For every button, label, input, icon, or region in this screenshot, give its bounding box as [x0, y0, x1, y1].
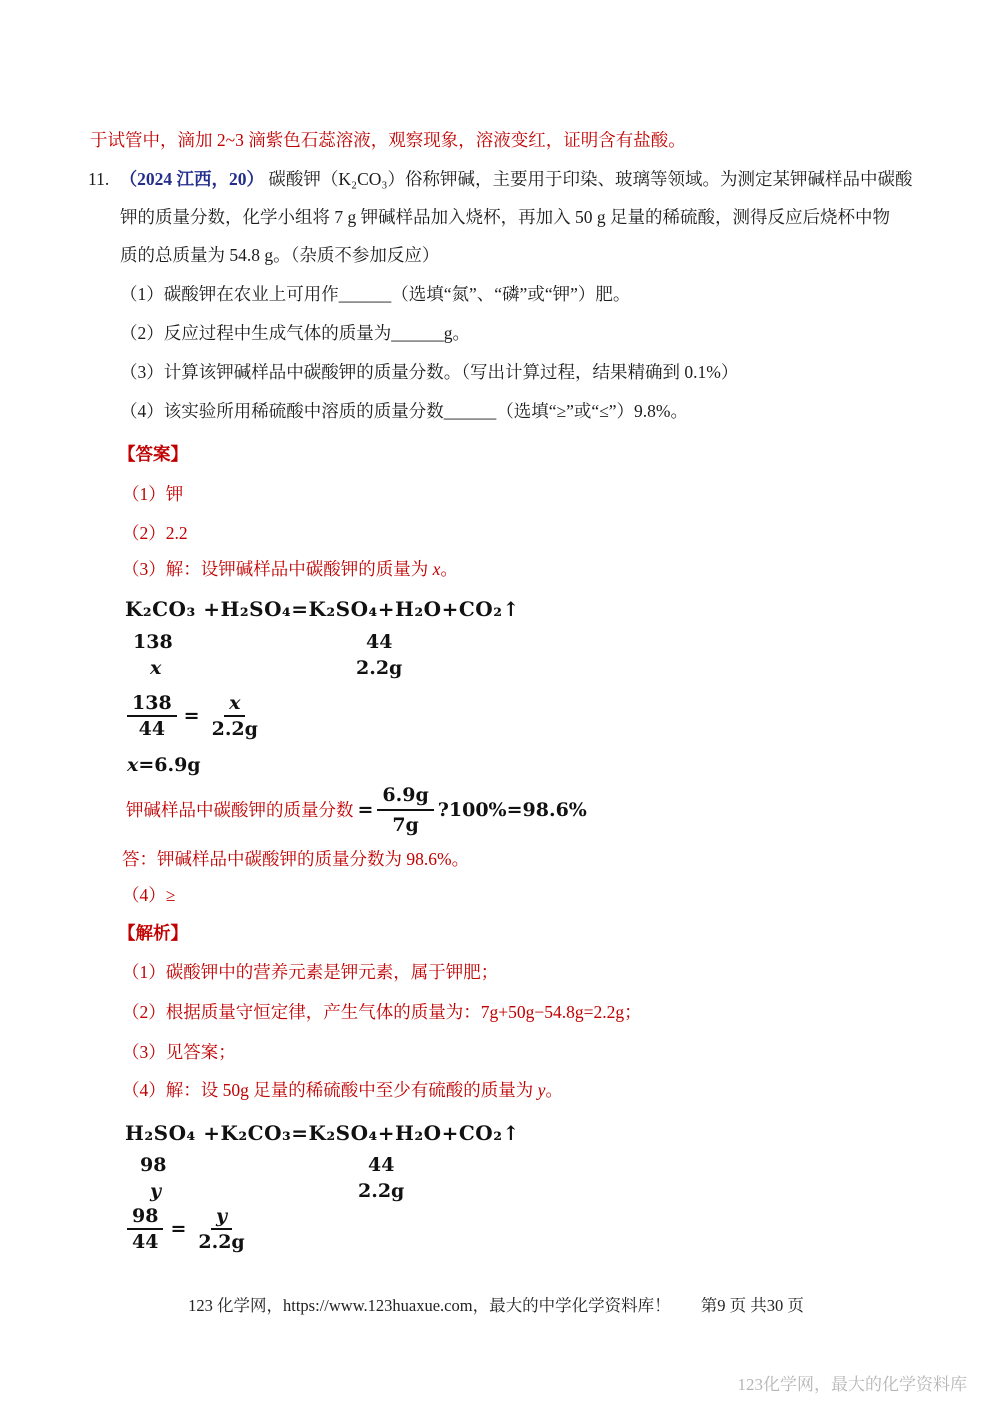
solution-variable: x — [127, 754, 138, 776]
fraction-denominator: 44 — [134, 717, 170, 740]
sub-question-2: （2）反应过程中生成气体的质量为______g。 — [120, 320, 470, 346]
answer-item-3-text: （3）解：设钾碱样品中碳酸钾的质量为 — [122, 559, 433, 579]
footer-site-info: 123 化学网，https://www.123huaxue.com，最大的中学化… — [188, 1296, 670, 1315]
answer-item-4: （4）≥ — [122, 882, 175, 908]
equation-2-product-molar: 44 — [368, 1152, 394, 1178]
answer-item-2: （2）2.2 — [122, 520, 188, 546]
analysis-item-3: （3）见答案； — [122, 1039, 236, 1065]
analysis-item-4-period: 。 — [545, 1080, 563, 1100]
equation-2-reactant-molar: 98 — [140, 1152, 166, 1178]
mass-fraction-line: 钾碱样品中碳酸钾的质量分数 = 6.9g 7g ?100%=98.6% — [126, 782, 587, 838]
mass-fraction-result: ?100%=98.6% — [438, 797, 587, 823]
fraction-denominator: 44 — [127, 1230, 163, 1253]
question-stem-3: 质的总质量为 54.8 g。（杂质不参加反应） — [120, 242, 439, 268]
question-stem-2: 钾的质量分数，化学小组将 7 g 钾碱样品加入烧杯，再加入 50 g 足量的稀硫… — [120, 204, 890, 230]
answer-label: 【答案】 — [118, 441, 188, 467]
mass-fraction-fraction: 6.9g 7g — [377, 782, 433, 838]
solution-1: x=6.9g — [127, 752, 201, 778]
proportion-1: 138 44 = x 2.2g — [127, 692, 263, 740]
chemical-equation-1: K₂CO₃ +H₂SO₄=K₂SO₄+H₂O+CO₂↑ — [125, 596, 520, 622]
watermark: 123化学网，最大的化学资料库 — [738, 1370, 968, 1395]
question-source: （2024 江西，20） — [120, 169, 264, 189]
fraction-numerator: y — [211, 1205, 232, 1230]
fraction-numerator: 6.9g — [377, 782, 433, 811]
fraction-denominator: 2.2g — [193, 1230, 249, 1253]
proportion-1-left-fraction: 138 44 — [127, 692, 177, 740]
proportion-2-left-fraction: 98 44 — [127, 1205, 163, 1253]
analysis-item-2: （2）根据质量守恒定律，产生气体的质量为：7g+50g−54.8g=2.2g； — [122, 999, 642, 1025]
solution-value: =6.9g — [138, 754, 200, 776]
page-footer: 123 化学网，https://www.123huaxue.com，最大的中学化… — [0, 1292, 992, 1316]
mass-fraction-label: 钾碱样品中碳酸钾的质量分数 — [126, 797, 354, 823]
fraction-numerator: 98 — [127, 1205, 163, 1230]
fraction-numerator: x — [224, 692, 245, 717]
analysis-item-1: （1）碳酸钾中的营养元素是钾元素，属于钾肥； — [122, 959, 498, 985]
sub-question-1: （1）碳酸钾在农业上可用作______（选填“氮”、“磷”或“钾”）肥。 — [120, 281, 630, 307]
fraction-denominator: 2.2g — [207, 717, 263, 740]
equals-sign: = — [358, 797, 374, 823]
equation-1-known-mass: 2.2g — [356, 655, 402, 681]
answer-item-1: （1）钾 — [122, 481, 183, 507]
analysis-label: 【解析】 — [118, 920, 188, 946]
analysis-item-4: （4）解：设 50g 足量的稀硫酸中至少有硫酸的质量为 y。 — [122, 1077, 563, 1103]
footer-page-number: 第9 页 共30 页 — [701, 1296, 804, 1315]
equation-1-product-molar: 44 — [366, 629, 392, 655]
proportion-1-right-fraction: x 2.2g — [207, 692, 263, 740]
answer-item-3: （3）解：设钾碱样品中碳酸钾的质量为 x。 — [122, 556, 458, 582]
question-line-1: 11. （2024 江西，20） 碳酸钾（K₂CO₃）俗称钾碱，主要用于印染、玻… — [88, 166, 913, 192]
top-note: 于试管中，滴加 2~3 滴紫色石蕊溶液，观察现象，溶液变红，证明含有盐酸。 — [90, 127, 686, 153]
sub-question-3: （3）计算该钾碱样品中碳酸钾的质量分数。（写出计算过程，结果精确到 0.1%） — [120, 359, 738, 385]
chemical-equation-2: H₂SO₄ +K₂CO₃=K₂SO₄+H₂O+CO₂↑ — [125, 1120, 520, 1146]
document-page: 于试管中，滴加 2~3 滴紫色石蕊溶液，观察现象，溶液变红，证明含有盐酸。 11… — [0, 0, 992, 1403]
analysis-item-4-text: （4）解：设 50g 足量的稀硫酸中至少有硫酸的质量为 — [122, 1080, 538, 1100]
equation-1-unknown: x — [150, 655, 161, 681]
equals-sign: = — [170, 1218, 186, 1240]
equation-1-reactant-molar: 138 — [133, 629, 173, 655]
fraction-numerator: 138 — [127, 692, 177, 717]
equals-sign: = — [184, 705, 200, 727]
equation-2-unknown: y — [150, 1178, 161, 1204]
sub-question-4: （4）该实验所用稀硫酸中溶质的质量分数______（选填“≥”或“≤”）9.8%… — [120, 398, 688, 424]
equation-2-known-mass: 2.2g — [358, 1178, 404, 1204]
question-number: 11. — [88, 169, 109, 189]
proportion-2: 98 44 = y 2.2g — [127, 1205, 250, 1253]
answer-item-3-period: 。 — [440, 559, 458, 579]
question-stem-1: 碳酸钾（K₂CO₃）俗称钾碱，主要用于印染、玻璃等领域。为测定某钾碱样品中碳酸 — [268, 169, 912, 189]
fraction-denominator: 7g — [387, 811, 424, 838]
answer-statement: 答：钾碱样品中碳酸钾的质量分数为 98.6%。 — [122, 846, 469, 872]
proportion-2-right-fraction: y 2.2g — [193, 1205, 249, 1253]
